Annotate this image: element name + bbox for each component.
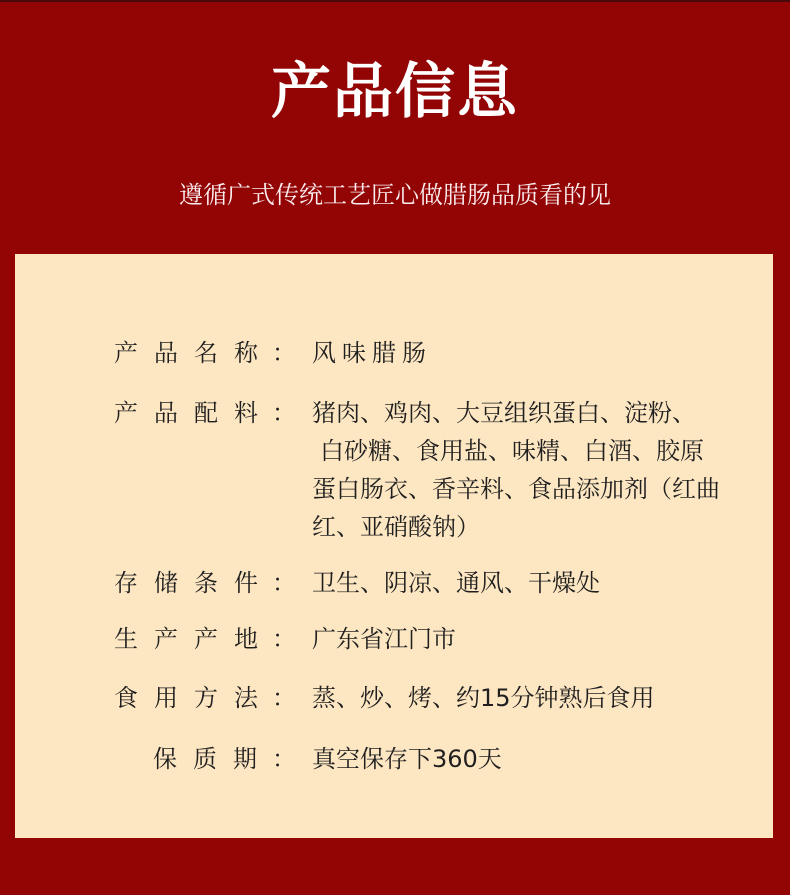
info-value: 蒸、炒、烤、约15分钟熟后食用: [312, 679, 757, 717]
ingredients-line: 蛋白肠衣、香辛料、食品添加剂（红曲: [312, 470, 757, 508]
ingredients-line: 白砂糖、食用盐、味精、白酒、胶原: [312, 432, 757, 470]
top-border-line: [0, 0, 790, 2]
info-value: 卫生、阴凉、通风、干燥处: [312, 564, 757, 602]
info-colon: ：: [272, 679, 292, 717]
info-colon: ：: [272, 620, 292, 658]
info-colon: ：: [272, 334, 292, 372]
page-title: 产品信息: [0, 52, 790, 132]
ingredients-line: 红、亚硝酸钠）: [312, 508, 757, 546]
info-value: 风味腊肠: [312, 334, 757, 372]
product-info-card: 产品名称 ： 风味腊肠 产品配料 ： 猪肉、鸡肉、大豆组织蛋白、淀粉、 白砂糖、…: [15, 254, 773, 838]
ingredients-line: 猪肉、鸡肉、大豆组织蛋白、淀粉、: [312, 394, 757, 432]
info-value-ingredients: 猪肉、鸡肉、大豆组织蛋白、淀粉、 白砂糖、食用盐、味精、白酒、胶原 蛋白肠衣、香…: [312, 394, 757, 546]
info-value: 广东省江门市: [312, 620, 757, 658]
page-subtitle: 遵循广式传统工艺匠心做腊肠品质看的见: [0, 178, 790, 212]
info-colon: ：: [272, 740, 292, 778]
info-colon: ：: [272, 394, 292, 432]
info-value: 真空保存下360天: [312, 740, 757, 778]
info-colon: ：: [272, 564, 292, 602]
